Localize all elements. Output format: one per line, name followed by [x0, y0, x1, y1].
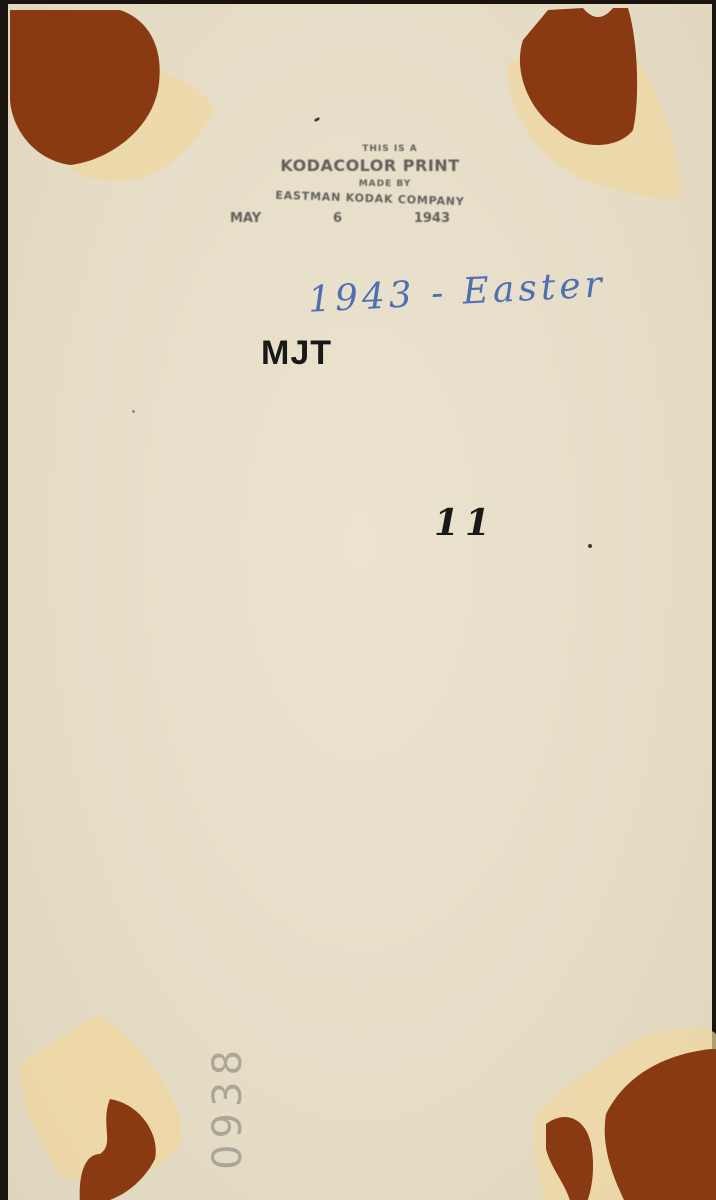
- stamp-date: MAY 6 1943: [230, 211, 450, 226]
- print-number: 11: [434, 502, 496, 544]
- speck: [588, 544, 592, 548]
- speck: [314, 117, 321, 123]
- handwritten-note: 1943 - Easter: [307, 264, 607, 321]
- stamp-line-3: MADE BY: [260, 179, 510, 189]
- stain-bottom-right: [516, 1004, 716, 1200]
- initials-stamp: MJT: [261, 334, 332, 373]
- stain-top-right: [488, 0, 716, 210]
- stamp-line-1: THIS IS A: [270, 144, 510, 154]
- stain-bottom-left: [0, 1004, 200, 1200]
- photo-back: THIS IS A KODACOLOR PRINT MADE BY EASTMA…: [8, 4, 712, 1200]
- speck: [132, 410, 135, 413]
- stamp-year: 1943: [414, 211, 450, 226]
- stamp-line-4: EASTMAN KODAK COMPANY: [230, 187, 510, 210]
- stain-top-left: [0, 0, 230, 200]
- stamp-day: 6: [333, 211, 342, 226]
- kodacolor-stamp: THIS IS A KODACOLOR PRINT MADE BY EASTMA…: [230, 144, 510, 226]
- rotated-serial-number: 0938: [205, 1037, 251, 1177]
- stamp-month: MAY: [230, 211, 261, 226]
- stamp-line-2: KODACOLOR PRINT: [230, 156, 510, 175]
